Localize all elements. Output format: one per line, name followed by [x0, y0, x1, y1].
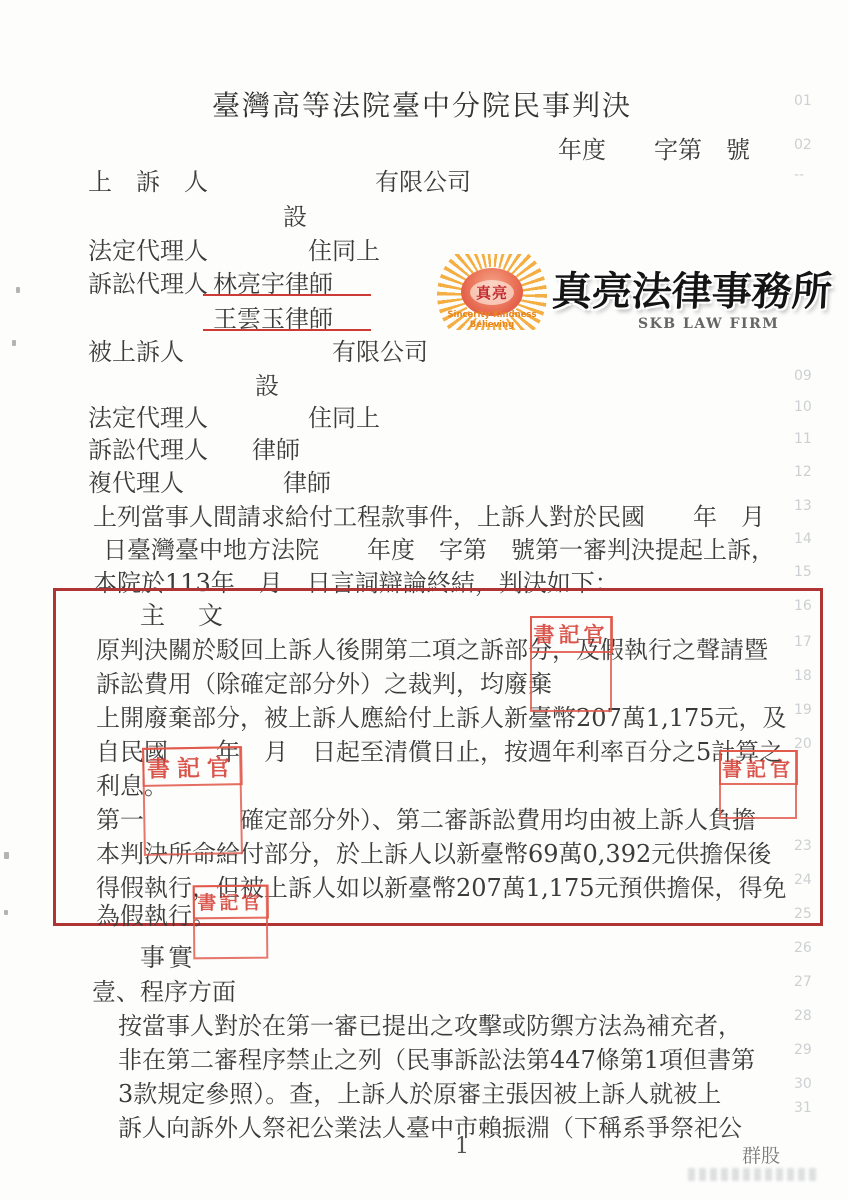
main-text-line: 訴訟費用（除確定部分外）之裁判，均廢棄 [96, 664, 552, 699]
party-value: 有限公司 [375, 162, 471, 197]
clerk-stamp-label: 書記官 [142, 746, 243, 787]
party-label: 法定代理人 [88, 398, 208, 433]
party-label: 上 訴 人 [88, 162, 208, 197]
judgment-page: 臺灣高等法院臺中分院民事判決 年度 字第 號 上 訴 人 有限公司 設 法定代理… [0, 0, 849, 1200]
line-number: 02 [794, 137, 824, 153]
scan-artifact [4, 852, 9, 859]
line-number: 24 [794, 872, 824, 888]
party-value: 住同上 [308, 398, 380, 433]
clerk-unit-label: 群股 [742, 1141, 780, 1168]
line-number: 31 [794, 1100, 824, 1116]
logo-tagline: Sincerity Kindness Believing [435, 310, 549, 330]
line-number: 11 [794, 431, 824, 447]
party-value: 律師 [252, 430, 300, 465]
party-value: 住同上 [308, 231, 380, 266]
facts-line: 3款規定參照）。查，上訴人於原審主張因被上訴人就被上 [118, 1074, 721, 1109]
case-number-line: 年度 字第 號 [558, 130, 750, 165]
party-value: 設 [283, 197, 307, 232]
page-number: 1 [455, 1134, 469, 1159]
party-label: 訴訟代理人 [88, 430, 208, 465]
party-row-address: 設 [0, 197, 849, 227]
party-row-appellant: 上 訴 人 有限公司 [0, 162, 849, 192]
attorney-underline [203, 294, 371, 296]
line-number: 18 [794, 668, 824, 684]
document-title: 臺灣高等法院臺中分院民事判決 [212, 84, 632, 124]
line-number: 17 [794, 634, 824, 650]
facts-section-title: 壹、程序方面 [92, 972, 236, 1007]
party-label: 法定代理人 [88, 231, 208, 266]
party-row-legal-rep: 法定代理人 住同上 [0, 231, 849, 261]
line-number: 10 [794, 399, 824, 415]
scan-artifact [4, 910, 8, 915]
party-row-legal-rep: 法定代理人 住同上 [0, 398, 849, 428]
party-row-appellee: 被上訴人 有限公司 [0, 332, 849, 362]
line-number: 29 [794, 1042, 824, 1058]
line-number: 25 [794, 906, 824, 922]
party-label: 被上訴人 [88, 332, 184, 367]
line-number: 30 [794, 1076, 824, 1092]
attorney-underline [203, 329, 371, 331]
line-number: 26 [794, 940, 824, 956]
main-text-line: 原判決關於駁回上訴人後開第二項之訴部分，及假執行之聲請暨 [96, 630, 768, 665]
line-number: 13 [794, 498, 824, 514]
line-number: 15 [794, 564, 824, 580]
scan-artifact-watermark [688, 1168, 816, 1181]
party-row-address: 設 [0, 366, 849, 396]
line-number: 09 [794, 368, 824, 384]
party-value: 有限公司 [332, 332, 428, 367]
clerk-stamp-label: 書記官 [530, 616, 613, 653]
line-number: 19 [794, 702, 824, 718]
scan-artifact [12, 340, 16, 346]
party-value: 律師 [283, 463, 331, 498]
logo-sun-center: 真亮 [461, 268, 523, 316]
party-row-sub-attorney: 複代理人 律師 [0, 463, 849, 493]
party-row-attorney: 訴訟代理人 律師 [0, 430, 849, 460]
party-label: 訴訟代理人 [88, 264, 208, 299]
party-value: 設 [255, 366, 279, 401]
law-firm-name-en: SKB LAW FIRM [638, 316, 779, 332]
facts-line: 訴人向訴外人祭祀公業法人臺中市賴振淵（下稱系爭祭祀公 [118, 1108, 742, 1143]
line-number: 28 [794, 1008, 824, 1024]
line-number: 16 [794, 598, 824, 614]
line-number: 23 [794, 838, 824, 854]
clerk-stamp: 書記官 [142, 746, 243, 856]
facts-line: 非在第二審程序禁止之列（民事訴訟法第447條第1項但書第 [118, 1040, 755, 1075]
clerk-stamp-label: 書記官 [719, 750, 798, 785]
line-number: 14 [794, 531, 824, 547]
party-label: 複代理人 [88, 463, 184, 498]
clerk-stamp: 書記官 [530, 616, 612, 712]
clerk-stamp: 書記官 [193, 885, 269, 960]
preamble-line: 上列當事人間請求給付工程款事件，上訴人對於民國 年 月 [93, 497, 765, 532]
clerk-stamp-label: 書記官 [192, 884, 268, 919]
facts-heading: 事實 [140, 938, 196, 974]
logo-center-text: 真亮 [470, 280, 514, 305]
line-number: 20 [794, 736, 824, 752]
clerk-stamp: 書記官 [719, 750, 797, 819]
main-text-heading: 主 文 [140, 596, 227, 632]
scan-artifact [16, 287, 20, 293]
line-number: 01 [794, 93, 824, 109]
line-number: 12 [794, 464, 824, 480]
law-firm-name: 真亮法律事務所 [551, 260, 834, 317]
line-number: -- [794, 167, 824, 183]
facts-line: 按當事人對於在第一審已提出之攻擊或防禦方法為補充者， [118, 1006, 742, 1041]
law-firm-logo: 真亮 Sincerity Kindness Believing [435, 254, 549, 330]
line-number: 27 [794, 974, 824, 990]
main-text-line: 上開廢棄部分，被上訴人應給付上訴人新臺幣207萬1,175元，及 [96, 698, 787, 733]
preamble-line: 日臺灣臺中地方法院 年度 字第 號第一審判決提起上訴， [103, 530, 775, 565]
